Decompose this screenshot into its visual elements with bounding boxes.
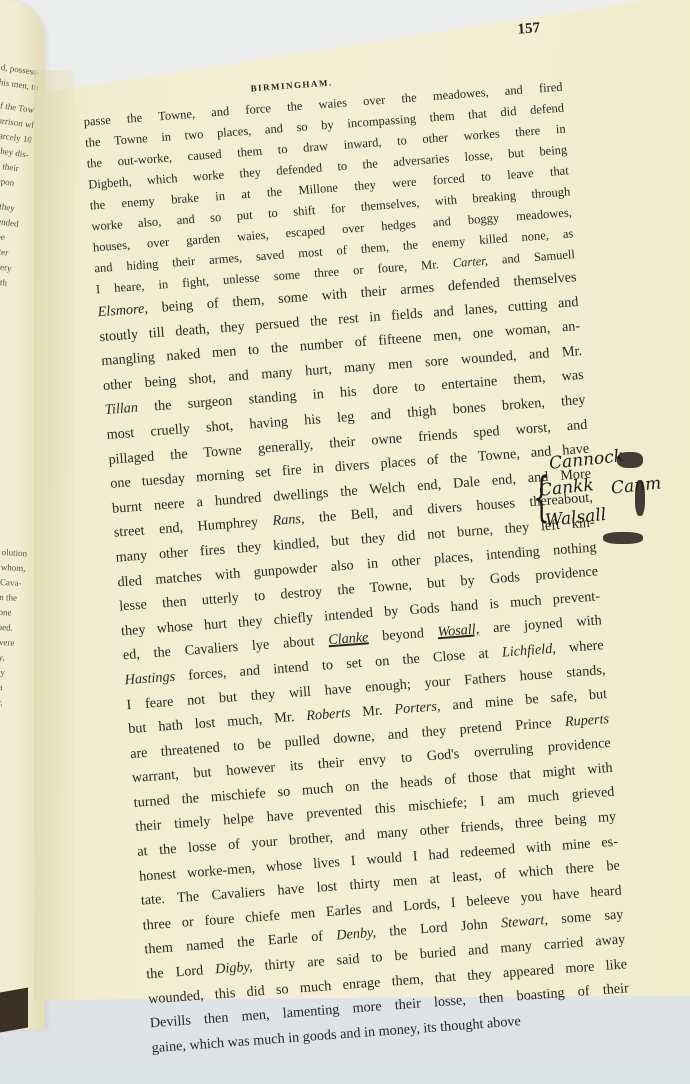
italic-proper-name: Rans, [272,511,305,529]
left-page-fragment: were [0,635,37,652]
body-text: passe the Towne, and force the waies ove… [83,77,631,1061]
italic-proper-name: Porters, [394,698,441,717]
marginalia-line: Cannock [548,446,625,474]
marginalia-line: Walsall [544,505,607,531]
left-page-fragment: tly [0,665,36,682]
marginalia-line: Cankk [538,475,594,501]
page-number: 157 [517,20,541,39]
left-page-fragment: er, [0,695,34,712]
left-page-fragment: nt [0,740,32,757]
page-gutter-shadow [34,70,74,1000]
left-page-fragment: ea [0,680,35,697]
book-binding-edge [0,988,28,1033]
underlined-place-name: Clanke [328,630,369,649]
italic-proper-name: Lichfield, [501,641,556,661]
left-page-fragment: et [0,710,33,727]
italic-proper-name: Ruperts [564,711,609,730]
italic-proper-name: Roberts [306,705,351,724]
italic-proper-name: Hastings [124,669,175,689]
italic-proper-name: Elsmore, [97,301,148,321]
italic-proper-name: Digby, [215,959,254,978]
italic-proper-name: Tillan [104,400,138,418]
left-page-fragment: er [0,725,33,742]
ink-scribble [617,452,643,468]
italic-proper-name: Stewart, [501,912,549,931]
italic-proper-name: Denby, [336,925,377,944]
underlined-place-name: Wosall, [437,622,480,641]
ink-scribble [603,532,643,544]
italic-proper-name: Carter, [452,254,488,271]
handwritten-marginalia: Cannock { Cankk Canm Walsall [525,450,685,560]
photo-scene: d, possess- his men, to of the Towne gar… [0,0,690,1084]
ink-scribble [635,480,645,516]
